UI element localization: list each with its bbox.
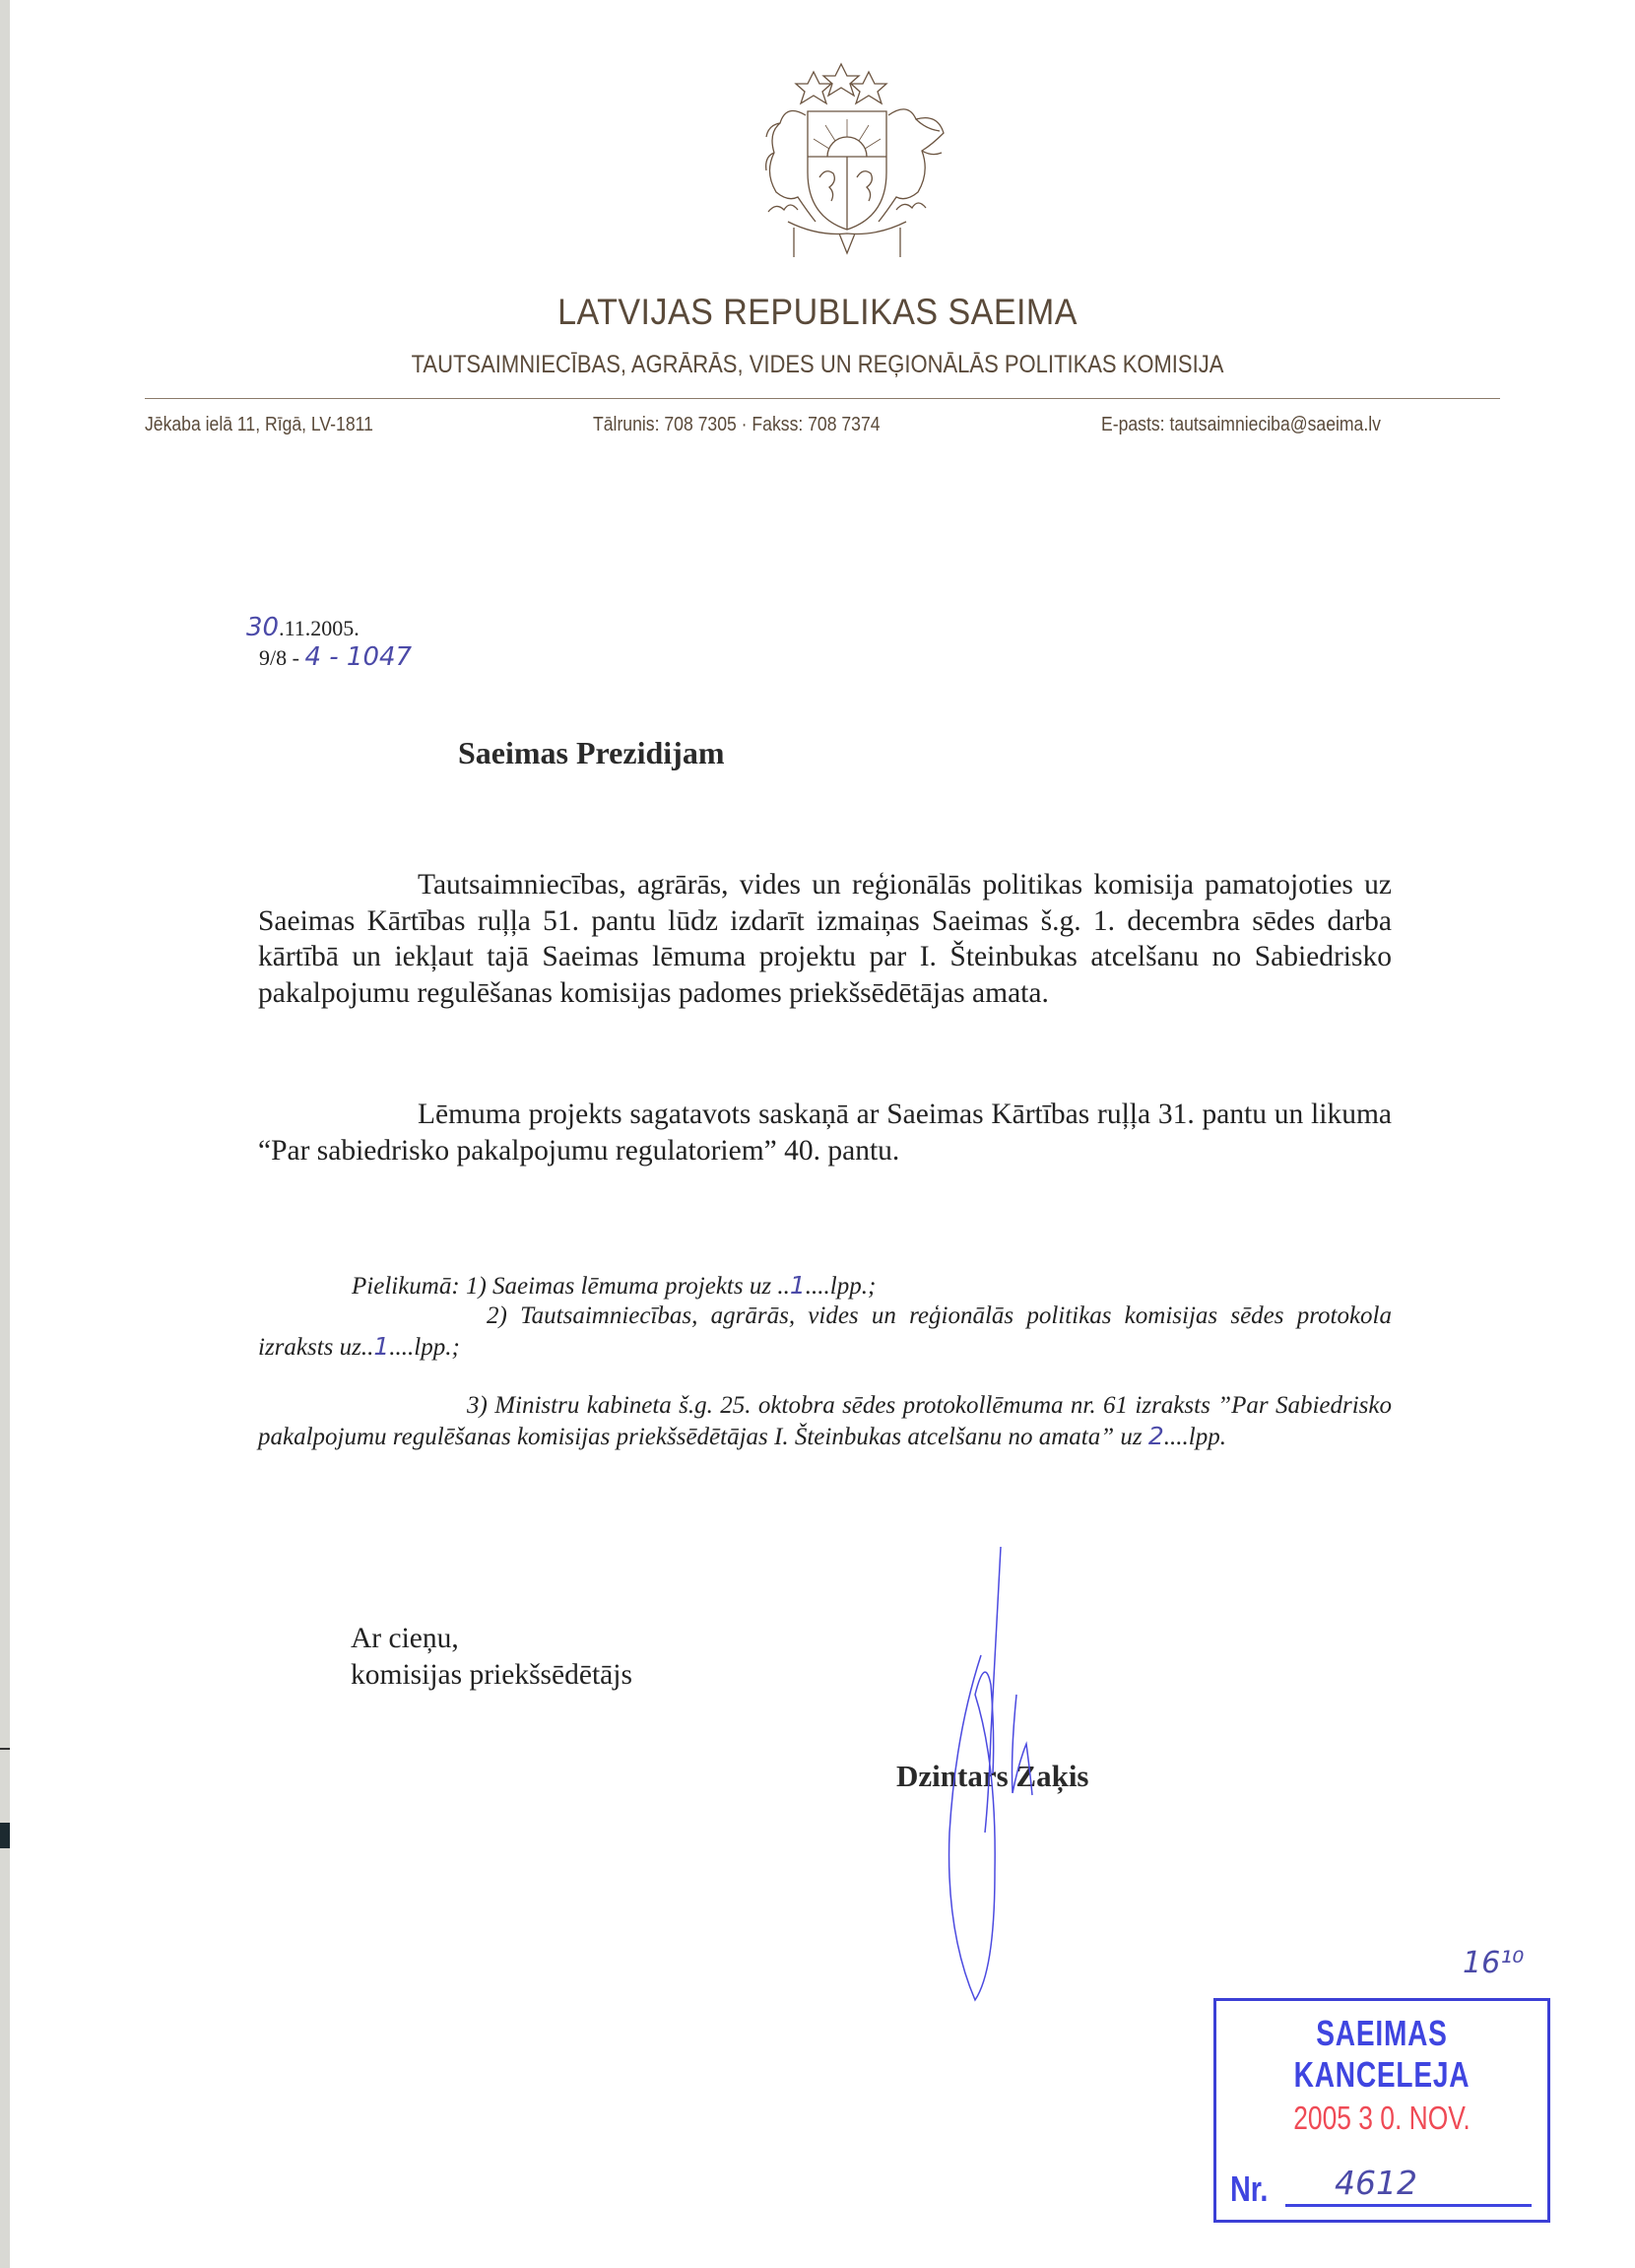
annex-item-2: 2) Tautsaimniecības, agrārās, vides un r… xyxy=(258,1301,1392,1363)
addressee: Saeimas Prezidijam xyxy=(458,735,724,771)
scan-edge xyxy=(0,0,10,2268)
registry-stamp: SAEIMAS KANCELEJA 2005 3 0. NOV. Nr. 461… xyxy=(1213,1998,1550,2223)
stamp-underline xyxy=(1285,2204,1532,2207)
annex-item-1: Pielikumā: 1) Saeimas lēmuma projekts uz… xyxy=(258,1271,1392,1302)
stamp-number: 4612 xyxy=(1335,2164,1417,2202)
stamp-title: SAEIMAS KANCELEJA xyxy=(1253,2013,1511,2096)
handwritten-pages: 2 xyxy=(1148,1422,1164,1450)
printed-number: 9/8 - xyxy=(259,645,304,670)
stamp-date: 2005 3 0. NOV. xyxy=(1250,2100,1515,2137)
annex-label: Pielikumā: xyxy=(352,1273,460,1300)
handwritten-day: 30 xyxy=(246,613,279,642)
letterhead-divider xyxy=(145,398,1500,399)
letter-date: 30.11.2005. xyxy=(246,613,360,642)
body-paragraph-1: Tautsaimniecības, agrārās, vides un reģi… xyxy=(258,867,1392,1011)
scan-mark xyxy=(0,1748,10,1750)
annex-item-3: 3) Ministru kabineta š.g. 25. oktobra sē… xyxy=(258,1391,1392,1452)
committee-name: TAUTSAIMNIECĪBAS, AGRĀRĀS, VIDES UN REĢI… xyxy=(98,351,1537,379)
letter-number: 9/8 - 4 - 1047 xyxy=(259,642,412,672)
address: Jēkaba ielā 11, Rīgā, LV-1811 xyxy=(145,414,373,436)
body-paragraph-2: Lēmuma projekts sagatavots saskaņā ar Sa… xyxy=(258,1097,1392,1168)
handwritten-pages: 1 xyxy=(373,1332,389,1361)
handwritten-number: 4 - 1047 xyxy=(304,642,412,672)
signer-role: komisijas priekšsēdētājs xyxy=(351,1657,632,1694)
email: E-pasts: tautsaimnieciba@saeima.lv xyxy=(1101,414,1381,436)
closing: Ar cieņu, komisijas priekšsēdētājs xyxy=(351,1621,632,1694)
printed-date: .11.2005. xyxy=(279,616,360,640)
scan-mark xyxy=(0,1823,10,1848)
institution-name: LATVIJAS REPUBLIKAS SAEIMA xyxy=(65,292,1569,333)
stamp-nr-label: Nr. xyxy=(1230,2168,1268,2210)
handwritten-note: 16¹⁰ xyxy=(1463,1946,1524,1980)
salutation: Ar cieņu, xyxy=(351,1621,632,1657)
phone-fax: Tālrunis: 708 7305 · Fakss: 708 7374 xyxy=(593,414,881,436)
coat-of-arms-icon xyxy=(729,54,965,261)
signature-icon xyxy=(916,1537,1054,2010)
handwritten-pages: 1 xyxy=(790,1271,806,1300)
